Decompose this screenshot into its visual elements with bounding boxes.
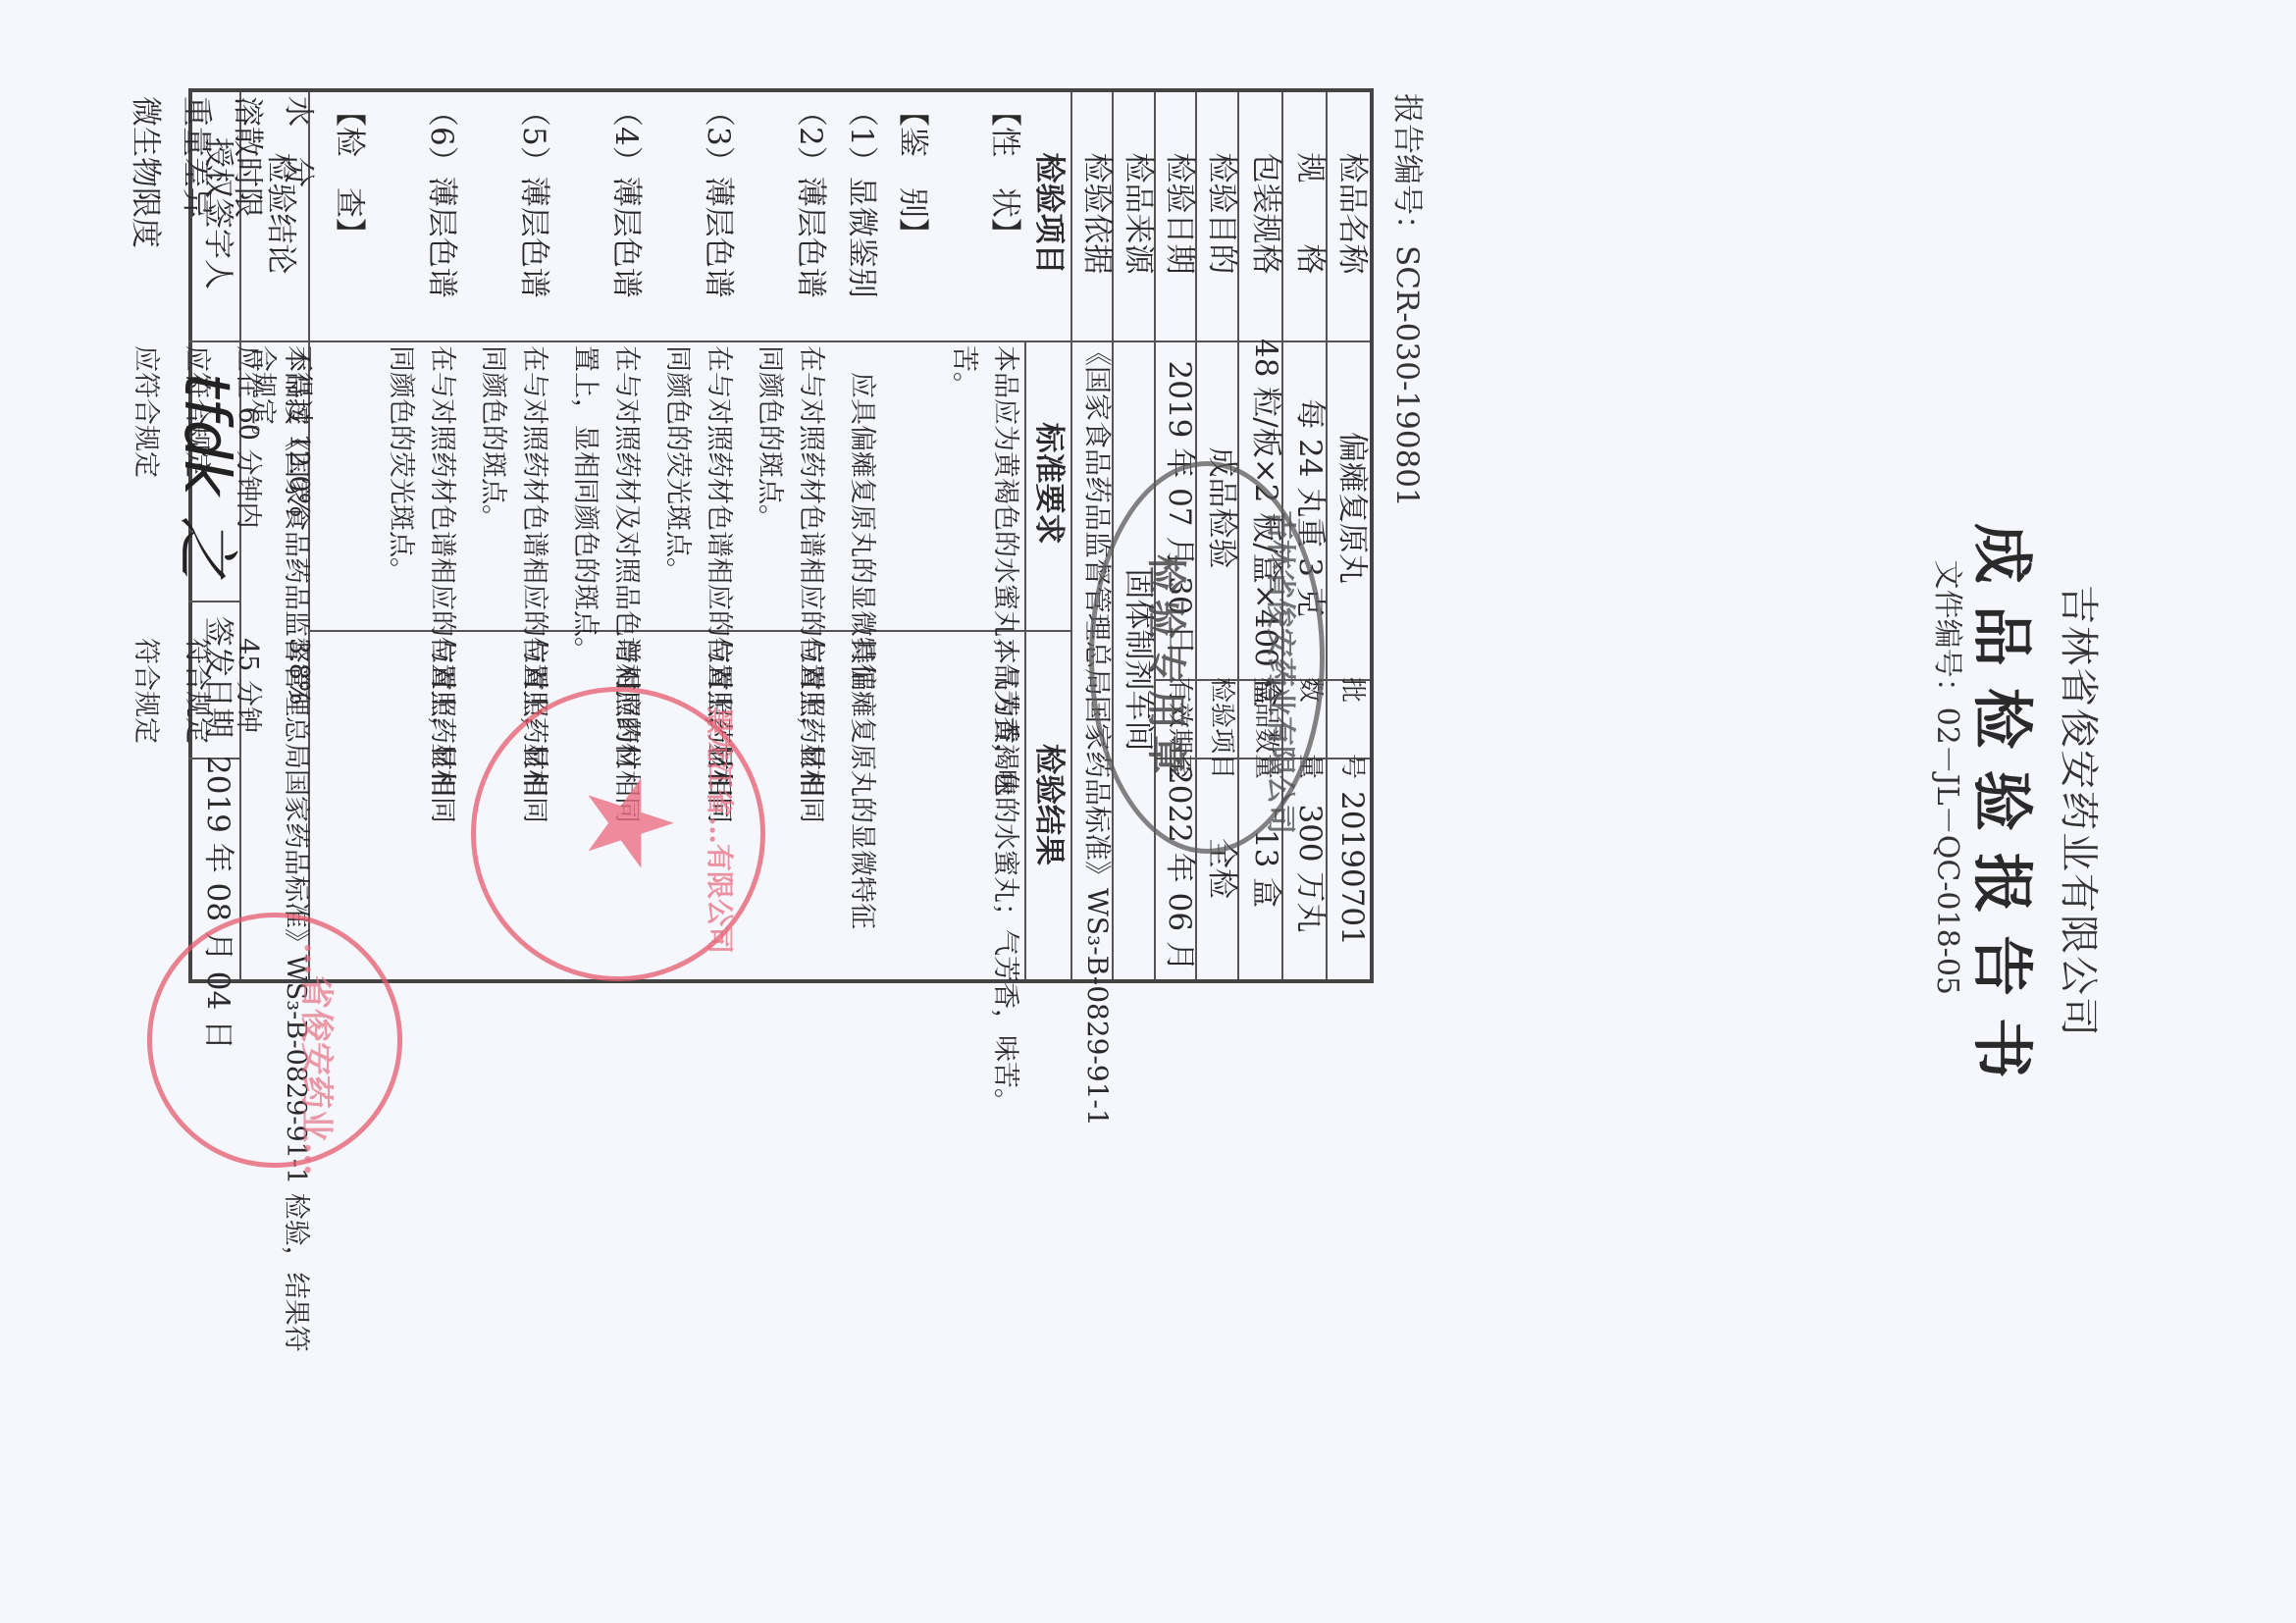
qc-stamp-text: 吉林省俊安药业有限公司 — [1262, 510, 1305, 834]
date-label: 签发日期 — [197, 599, 238, 756]
signature: tfdk 之 — [167, 373, 257, 579]
red-stamp-star-icon: ★ — [569, 770, 687, 876]
info-label: 检验日期 — [1159, 88, 1200, 339]
info-value: 偏瘫复原丸 — [1331, 339, 1373, 677]
info-label: 包装规格 — [1245, 88, 1286, 339]
item-result: 与对照药材相同 — [421, 638, 462, 823]
info-label-2: 批 号 — [1331, 677, 1373, 756]
item-name: （5）薄层色谱 — [513, 96, 554, 298]
info-value-2: 20190701 — [1331, 756, 1373, 981]
item-name: 【鉴 别】 — [892, 96, 933, 248]
item-name: 【性 状】 — [984, 96, 1025, 248]
company-name: 吉林省俊安药业有限公司 — [2054, 0, 2110, 1623]
items-header-item: 检验项目 — [1028, 88, 1070, 339]
item-standard: 同颜色的斑点。 — [472, 345, 513, 531]
item-result: 具偏瘫复原丸的显微特征 — [841, 638, 882, 929]
info-label: 检品名称 — [1331, 88, 1373, 339]
report-number: 报告编号：SCR-030-190801 — [1388, 93, 1433, 507]
red-stamp-middle-text: 黑龙江省…有限公司 — [702, 707, 741, 954]
items-header-standard: 标准要求 — [1028, 339, 1070, 628]
item-standard: 同颜色的荧光斑点。 — [380, 345, 421, 584]
items-header-result: 检验结果 — [1028, 628, 1070, 981]
item-name: （4）薄层色谱 — [605, 96, 647, 298]
item-name: （6）薄层色谱 — [421, 96, 462, 298]
conclusion-text: 本品按《国家食品药品监督管理总局国家药品标准》WS₃-B-0829-91-1 检… — [279, 345, 312, 1352]
item-standard: 同颜色的斑点。 — [749, 345, 790, 531]
item-name: 【检 查】 — [329, 96, 370, 248]
item-result: 符合规定 — [125, 638, 166, 744]
item-result: 与对照药材相同 — [790, 638, 831, 823]
signer-label: 授权签字人 — [197, 88, 238, 339]
red-stamp-bottom-text: …省俊安药业… — [295, 942, 343, 1176]
source-label: 检品来源 — [1118, 88, 1159, 339]
item-name: 微生物限度 — [125, 96, 166, 248]
inspection-report-page: 吉林省俊安药业有限公司 成品检验报告书 文件编号：02－JL－QC-018-05… — [0, 0, 2296, 1623]
basis-label: 检验依据 — [1076, 88, 1118, 339]
item-standard: 同颜色的荧光斑点。 — [656, 345, 698, 584]
report-title: 成品检验报告书 — [1963, 0, 2051, 1623]
item-standard: 苦。 — [943, 345, 984, 398]
document-number: 文件编号：02－JL－QC-018-05 — [1929, 560, 1972, 995]
item-standard: 应符合规定 — [125, 345, 166, 478]
item-result: 本品为黄褐色的水蜜丸；气芳香，味苦。 — [984, 638, 1025, 1115]
item-name: （3）薄层色谱 — [698, 96, 739, 298]
item-standard: 置上，显相同颜色的斑点。 — [564, 345, 605, 663]
info-label: 规 格 — [1289, 88, 1331, 339]
item-name: （1）显微鉴别 — [841, 96, 882, 298]
qc-stamp-center-text: 检验专用章 — [1141, 554, 1197, 780]
item-name: （2）薄层色谱 — [790, 96, 831, 298]
red-stamp-bottom — [147, 913, 402, 1168]
info-label: 检验目的 — [1201, 88, 1242, 339]
conclusion-label: 检验结论 — [260, 88, 301, 339]
